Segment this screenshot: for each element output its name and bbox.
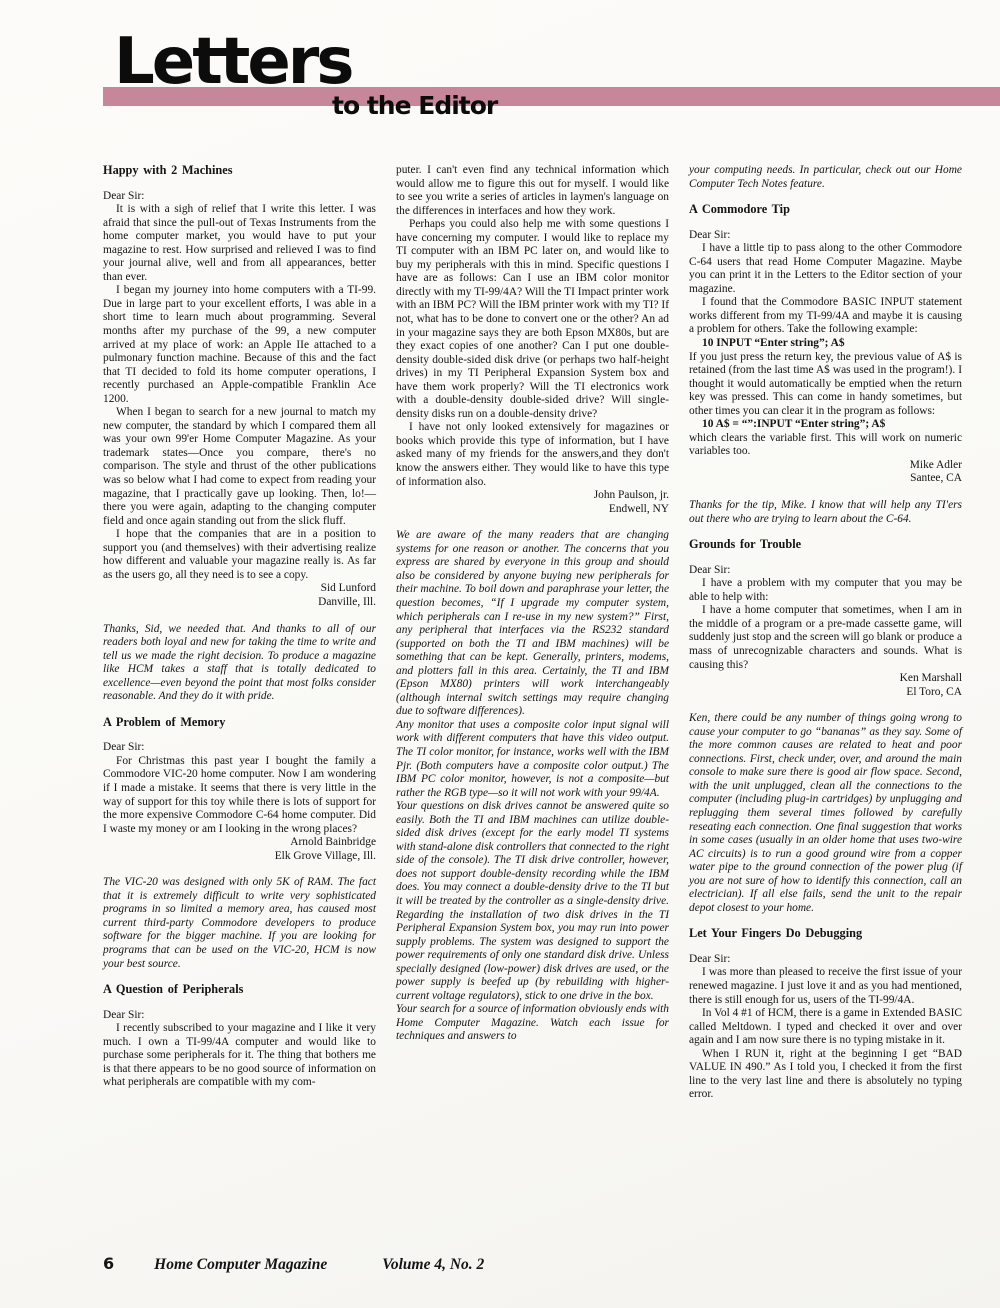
- signature: John Paulson, jr.Endwell, NY: [396, 489, 669, 516]
- signature: Sid LunfordDanville, Ill.: [103, 582, 376, 609]
- columns: Happy with 2 MachinesDear Sir:It is with…: [103, 164, 963, 1102]
- signature: Ken MarshallEl Toro, CA: [689, 672, 962, 699]
- signature-line: Elk Grove Village, Ill.: [103, 850, 376, 864]
- salutation: Dear Sir:: [103, 741, 376, 755]
- text-block: Perhaps you could also help me with some…: [396, 218, 669, 421]
- text-block: When I RUN it, right at the beginning I …: [689, 1048, 962, 1102]
- salutation: Dear Sir:: [103, 190, 376, 204]
- text-block: In Vol 4 #1 of HCM, there is a game in E…: [689, 1007, 962, 1048]
- text-block: Any monitor that uses a composite color …: [396, 719, 669, 800]
- text-block: Ken, there could be any number of things…: [689, 712, 962, 915]
- text-block: If you just press the return key, the pr…: [689, 351, 962, 419]
- text-block: I have not only looked extensively for m…: [396, 421, 669, 489]
- letter-heading: A Problem of Memory: [103, 716, 376, 730]
- signature-line: Arnold Bainbridge: [103, 836, 376, 850]
- letter-heading: A Question of Peripherals: [103, 983, 376, 997]
- column-3: your computing needs. In particular, che…: [689, 164, 962, 1102]
- column-1: Happy with 2 MachinesDear Sir:It is with…: [103, 164, 376, 1102]
- text-block: I was more than pleased to receive the f…: [689, 966, 962, 1007]
- text-block: which clears the variable first. This wi…: [689, 432, 962, 459]
- text-block: I began my journey into home computers w…: [103, 284, 376, 406]
- signature: Arnold BainbridgeElk Grove Village, Ill.: [103, 836, 376, 863]
- page-footer: 6 Home Computer Magazine Volume 4, No. 2: [103, 1254, 484, 1274]
- signature-line: Sid Lunford: [103, 582, 376, 596]
- issue-label: Volume 4, No. 2: [382, 1256, 484, 1274]
- text-block: I have a home computer that sometimes, w…: [689, 604, 962, 672]
- salutation: Dear Sir:: [689, 953, 962, 967]
- text-block: I have a problem with my computer that y…: [689, 577, 962, 604]
- text-block: your computing needs. In particular, che…: [689, 164, 962, 191]
- signature-line: Endwell, NY: [396, 503, 669, 517]
- salutation: Dear Sir:: [103, 1009, 376, 1023]
- text-block: Your questions on disk drives cannot be …: [396, 800, 669, 1003]
- text-block: For Christmas this past year I bought th…: [103, 755, 376, 836]
- signature-line: Ken Marshall: [689, 672, 962, 686]
- signature-line: Mike Adler: [689, 459, 962, 473]
- text-block: When I began to search for a new journal…: [103, 406, 376, 528]
- magazine-page: Letters to the Editor Happy with 2 Machi…: [0, 0, 1000, 1308]
- page-subtitle: to the Editor: [332, 92, 497, 120]
- text-block: I recently subscribed to your magazine a…: [103, 1022, 376, 1090]
- text-block: puter. I can't even find any technical i…: [396, 164, 669, 218]
- code-line: 10 INPUT “Enter string”; A$: [689, 337, 962, 351]
- page-number: 6: [103, 1254, 114, 1273]
- magazine-title: Home Computer Magazine: [154, 1256, 327, 1274]
- letter-heading: Let Your Fingers Do Debugging: [689, 927, 962, 941]
- text-block: We are aware of the many readers that ar…: [396, 529, 669, 719]
- column-2: puter. I can't even find any technical i…: [396, 164, 669, 1102]
- text-block: It is with a sigh of relief that I write…: [103, 203, 376, 284]
- letter-heading: Happy with 2 Machines: [103, 164, 376, 178]
- text-block: Thanks, Sid, we needed that. And thanks …: [103, 623, 376, 704]
- signature-line: El Toro, CA: [689, 686, 962, 700]
- letter-heading: Grounds for Trouble: [689, 538, 962, 552]
- text-block: I hope that the companies that are in a …: [103, 528, 376, 582]
- text-block: Your search for a source of information …: [396, 1003, 669, 1044]
- text-block: I have a little tip to pass along to the…: [689, 242, 962, 296]
- salutation: Dear Sir:: [689, 229, 962, 243]
- signature-line: Danville, Ill.: [103, 596, 376, 610]
- text-block: The VIC-20 was designed with only 5K of …: [103, 876, 376, 971]
- signature-line: John Paulson, jr.: [396, 489, 669, 503]
- signature-line: Santee, CA: [689, 472, 962, 486]
- signature: Mike AdlerSantee, CA: [689, 459, 962, 486]
- text-block: I found that the Commodore BASIC INPUT s…: [689, 296, 962, 337]
- page-title: Letters: [114, 30, 351, 94]
- text-block: Thanks for the tip, Mike. I know that wi…: [689, 499, 962, 526]
- letter-heading: A Commodore Tip: [689, 203, 962, 217]
- salutation: Dear Sir:: [689, 564, 962, 578]
- code-line: 10 A$ = “”:INPUT “Enter string”; A$: [689, 418, 962, 432]
